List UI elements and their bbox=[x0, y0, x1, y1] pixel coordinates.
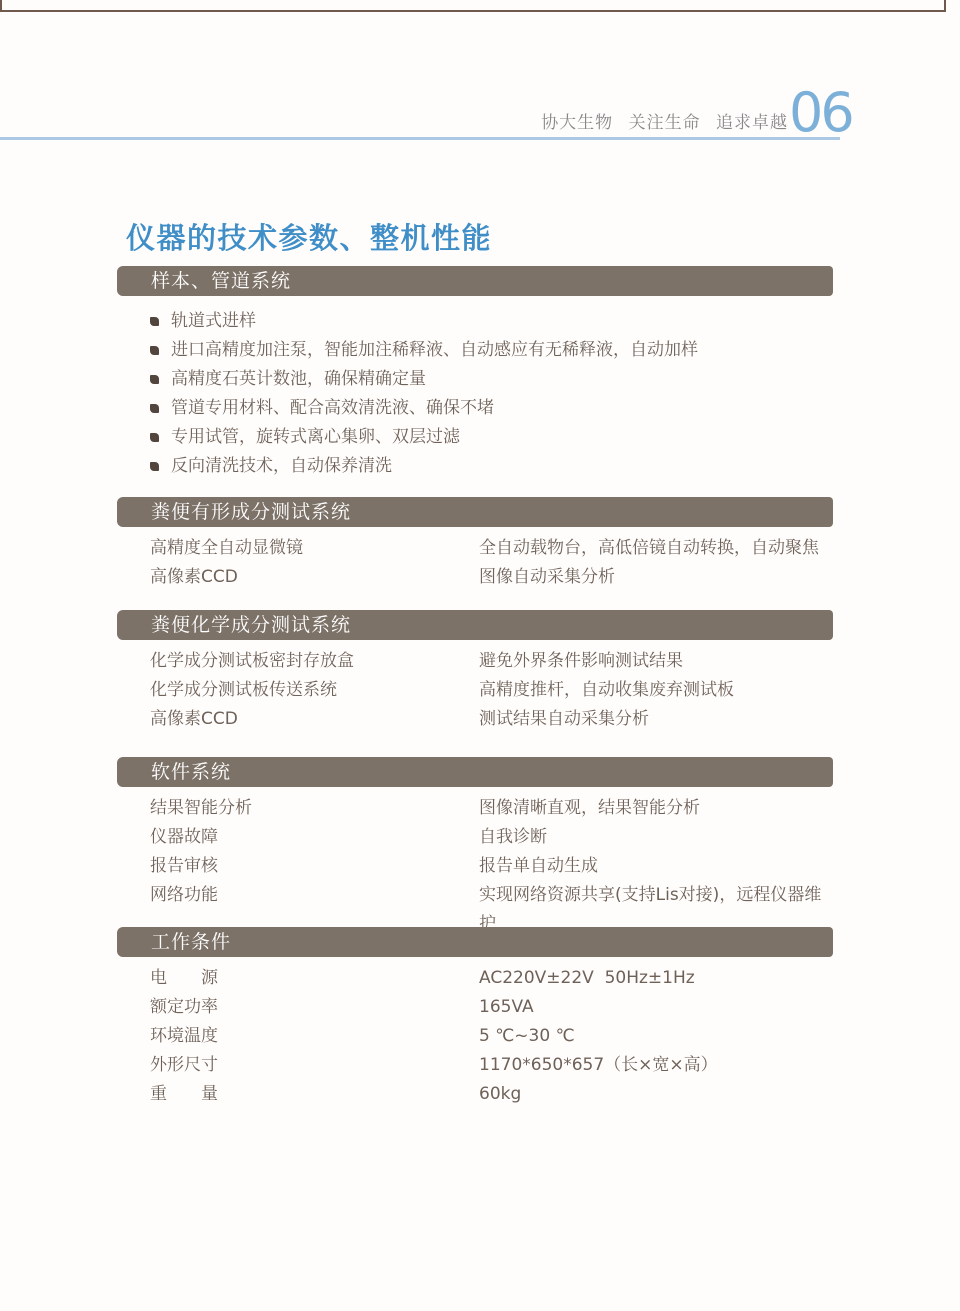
spec-label: 化学成分测试板传送系统 bbox=[150, 676, 479, 705]
section-heading-bar: 粪便有形成分测试系统 bbox=[117, 497, 833, 527]
spec-row: 化学成分测试板密封存放盒 避免外界条件影响测试结果 bbox=[150, 647, 833, 676]
spec-label: 高像素CCD bbox=[150, 563, 479, 592]
section-heading: 软件系统 bbox=[151, 761, 231, 783]
spec-row: 化学成分测试板传送系统 高精度推杆，自动收集废弃测试板 bbox=[150, 676, 833, 705]
spec-label: 外形尺寸 bbox=[150, 1051, 479, 1080]
spec-value: 60kg bbox=[479, 1080, 833, 1109]
spec-label: 报告审核 bbox=[150, 852, 479, 881]
spec-label: 电 源 bbox=[150, 964, 479, 993]
spec-row: 高精度全自动显微镜 全自动载物台，高低倍镜自动转换，自动聚焦 bbox=[150, 534, 833, 563]
bullet-item: 管道专用材料、配合高效清洗液、确保不堵 bbox=[150, 394, 833, 423]
page: 协大生物 关注生命 追求卓越 06 仪器的技术参数、整机性能 样本、管道系统 轨… bbox=[0, 0, 960, 1311]
bullet-text: 轨道式进样 bbox=[171, 311, 256, 331]
spec-label: 网络功能 bbox=[150, 881, 479, 910]
spec-label: 环境温度 bbox=[150, 1022, 479, 1051]
section-formed-component-test: 粪便有形成分测试系统 高精度全自动显微镜 全自动载物台，高低倍镜自动转换，自动聚… bbox=[117, 497, 833, 592]
spec-value: 自我诊断 bbox=[479, 823, 833, 852]
section-heading-bar: 粪便化学成分测试系统 bbox=[117, 610, 833, 640]
spec-value: 165VA bbox=[479, 993, 833, 1022]
section-heading: 工作条件 bbox=[151, 931, 231, 953]
header-underline bbox=[0, 137, 840, 140]
section-chemical-component-test: 粪便化学成分测试系统 化学成分测试板密封存放盒 避免外界条件影响测试结果 化学成… bbox=[117, 610, 833, 734]
spec-row: 高像素CCD 测试结果自动采集分析 bbox=[150, 705, 833, 734]
spec-label: 额定功率 bbox=[150, 993, 479, 1022]
spec-row: 环境温度 5 ℃~30 ℃ bbox=[150, 1022, 833, 1051]
spec-value: 全自动载物台，高低倍镜自动转换，自动聚焦 bbox=[479, 534, 833, 563]
bullet-square-icon bbox=[150, 375, 159, 384]
spec-row: 额定功率 165VA bbox=[150, 993, 833, 1022]
spec-label: 高像素CCD bbox=[150, 705, 479, 734]
spec-row: 高像素CCD 图像自动采集分析 bbox=[150, 563, 833, 592]
section-heading: 粪便有形成分测试系统 bbox=[151, 501, 351, 523]
spec-table: 结果智能分析 图像清晰直观，结果智能分析 仪器故障 自我诊断 报告审核 报告单自… bbox=[150, 794, 833, 910]
section-heading: 样本、管道系统 bbox=[151, 270, 291, 292]
bullet-square-icon bbox=[150, 433, 159, 442]
bullet-text: 专用试管，旋转式离心集卵、双层过滤 bbox=[171, 427, 460, 447]
bullet-text: 进口高精度加注泵，智能加注稀释液、自动感应有无稀释液，自动加样 bbox=[171, 340, 698, 360]
spec-row: 结果智能分析 图像清晰直观，结果智能分析 bbox=[150, 794, 833, 823]
spec-value: AC220V±22V 50Hz±1Hz bbox=[479, 964, 833, 993]
spec-label: 重 量 bbox=[150, 1080, 479, 1109]
bullet-square-icon bbox=[150, 317, 159, 326]
spec-table: 电 源 AC220V±22V 50Hz±1Hz 额定功率 165VA 环境温度 … bbox=[150, 964, 833, 1109]
spec-label: 高精度全自动显微镜 bbox=[150, 534, 479, 563]
spec-value: 高精度推杆，自动收集废弃测试板 bbox=[479, 676, 833, 705]
spec-row: 网络功能 实现网络资源共享(支持Lis对接)，远程仪器维护 bbox=[150, 881, 833, 910]
page-number: 06 bbox=[789, 86, 852, 140]
spec-value: 避免外界条件影响测试结果 bbox=[479, 647, 833, 676]
spec-row: 电 源 AC220V±22V 50Hz±1Hz bbox=[150, 964, 833, 993]
spec-table: 化学成分测试板密封存放盒 避免外界条件影响测试结果 化学成分测试板传送系统 高精… bbox=[150, 647, 833, 734]
bullet-list: 轨道式进样 进口高精度加注泵，智能加注稀释液、自动感应有无稀释液，自动加样 高精… bbox=[150, 307, 833, 481]
spec-value: 实现网络资源共享(支持Lis对接)，远程仪器维护 bbox=[479, 881, 833, 910]
spec-value: 1170*650*657（长×宽×高） bbox=[479, 1051, 833, 1080]
bullet-square-icon bbox=[150, 404, 159, 413]
spec-value: 图像清晰直观，结果智能分析 bbox=[479, 794, 833, 823]
section-heading-bar: 样本、管道系统 bbox=[117, 266, 833, 296]
bullet-item: 高精度石英计数池，确保精确定量 bbox=[150, 365, 833, 394]
spec-value: 测试结果自动采集分析 bbox=[479, 705, 833, 734]
spec-label: 结果智能分析 bbox=[150, 794, 479, 823]
bullet-item: 轨道式进样 bbox=[150, 307, 833, 336]
spec-row: 重 量 60kg bbox=[150, 1080, 833, 1109]
top-frame-border bbox=[0, 0, 946, 12]
spec-table: 高精度全自动显微镜 全自动载物台，高低倍镜自动转换，自动聚焦 高像素CCD 图像… bbox=[150, 534, 833, 592]
spec-value: 5 ℃~30 ℃ bbox=[479, 1022, 833, 1051]
section-heading-bar: 软件系统 bbox=[117, 757, 833, 787]
header-tagline: 协大生物 关注生命 追求卓越 bbox=[0, 108, 788, 133]
page-title: 仪器的技术参数、整机性能 bbox=[126, 216, 492, 257]
section-software-system: 软件系统 结果智能分析 图像清晰直观，结果智能分析 仪器故障 自我诊断 报告审核… bbox=[117, 757, 833, 910]
bullet-square-icon bbox=[150, 346, 159, 355]
section-heading-bar: 工作条件 bbox=[117, 927, 833, 957]
spec-label: 化学成分测试板密封存放盒 bbox=[150, 647, 479, 676]
spec-row: 报告审核 报告单自动生成 bbox=[150, 852, 833, 881]
bullet-text: 高精度石英计数池，确保精确定量 bbox=[171, 369, 426, 389]
spec-label: 仪器故障 bbox=[150, 823, 479, 852]
section-working-conditions: 工作条件 电 源 AC220V±22V 50Hz±1Hz 额定功率 165VA … bbox=[117, 927, 833, 1109]
spec-row: 仪器故障 自我诊断 bbox=[150, 823, 833, 852]
section-heading: 粪便化学成分测试系统 bbox=[151, 614, 351, 636]
bullet-text: 反向清洗技术，自动保养清洗 bbox=[171, 456, 392, 476]
bullet-text: 管道专用材料、配合高效清洗液、确保不堵 bbox=[171, 398, 494, 418]
bullet-item: 反向清洗技术，自动保养清洗 bbox=[150, 452, 833, 481]
bullet-square-icon bbox=[150, 462, 159, 471]
spec-value: 图像自动采集分析 bbox=[479, 563, 833, 592]
bullet-item: 进口高精度加注泵，智能加注稀释液、自动感应有无稀释液，自动加样 bbox=[150, 336, 833, 365]
spec-value: 报告单自动生成 bbox=[479, 852, 833, 881]
section-sample-pipeline: 样本、管道系统 轨道式进样 进口高精度加注泵，智能加注稀释液、自动感应有无稀释液… bbox=[117, 266, 833, 481]
spec-row: 外形尺寸 1170*650*657（长×宽×高） bbox=[150, 1051, 833, 1080]
bullet-item: 专用试管，旋转式离心集卵、双层过滤 bbox=[150, 423, 833, 452]
